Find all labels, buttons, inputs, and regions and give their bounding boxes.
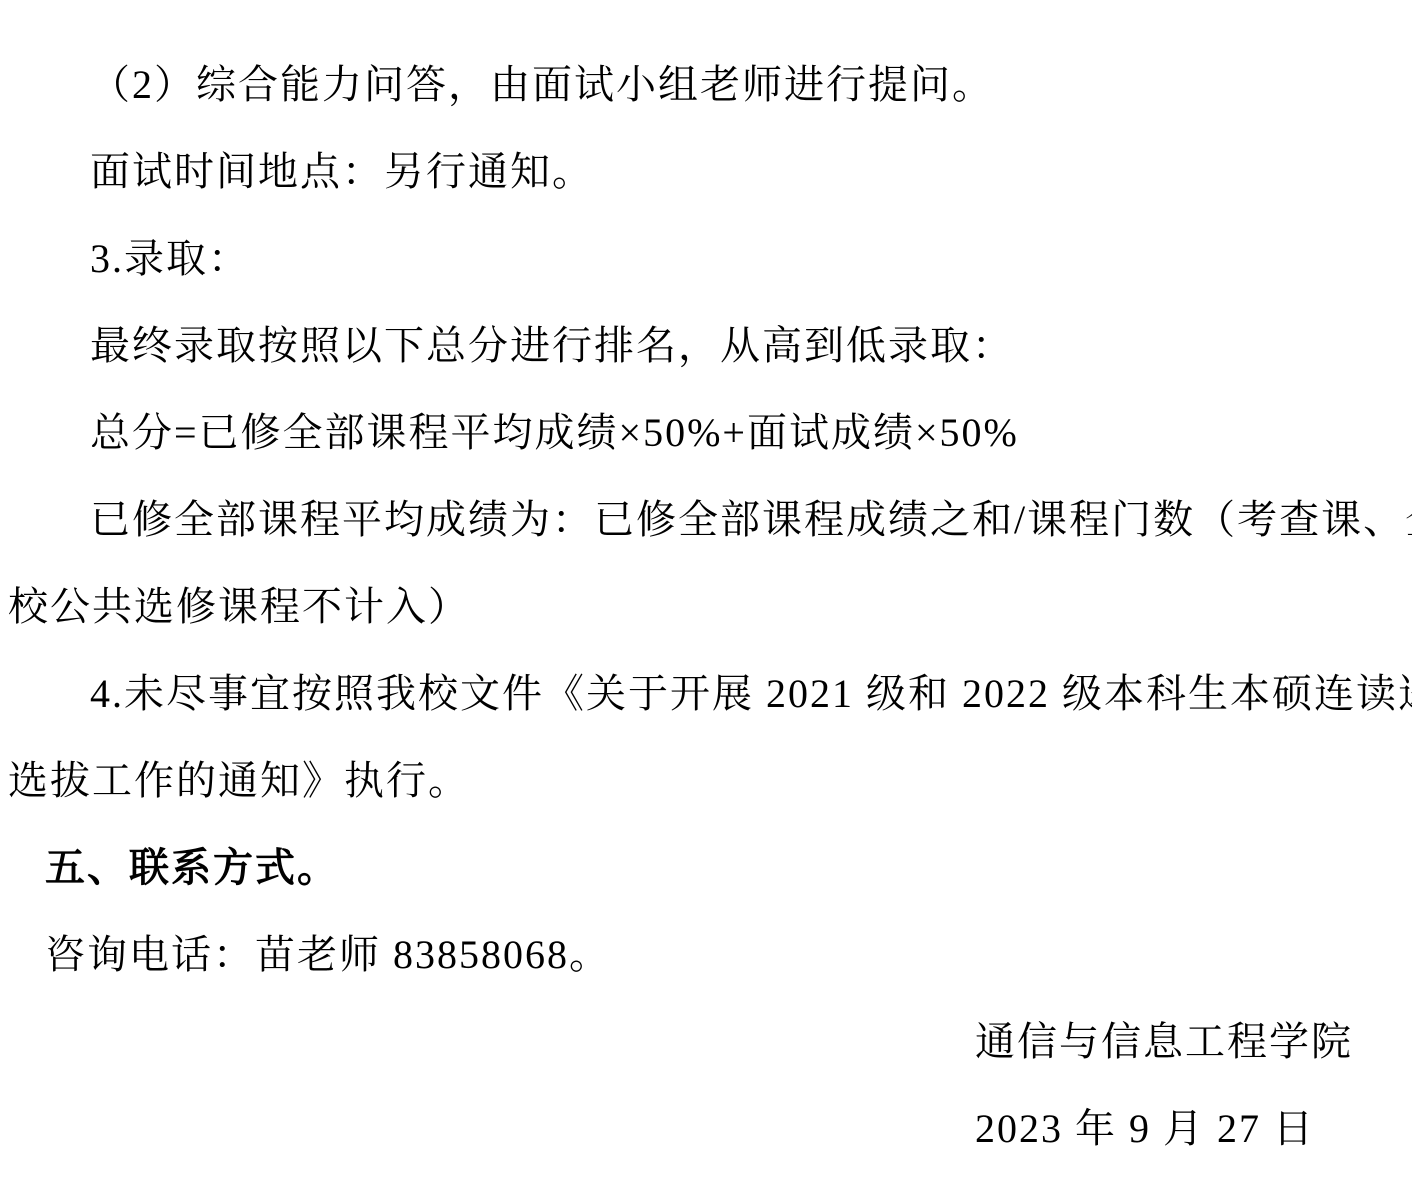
line-misc-clause-1: 4.未尽事宜按照我校文件《关于开展 2021 级和 2022 级本科生本硕连读递… [90,650,1412,737]
line-interview-time-place: 面试时间地点：另行通知。 [90,128,1412,215]
line-misc-clause-2: 选拔工作的通知》执行。 [8,737,1412,824]
line-admission-heading: 3.录取： [90,215,1412,302]
line-average-score-def-1: 已修全部课程平均成绩为：已修全部课程成绩之和/课程门数（考查课、全 [90,476,1412,563]
line-interview-qa: （2）综合能力问答，由面试小组老师进行提问。 [90,41,1412,128]
line-score-formula: 总分=已修全部课程平均成绩×50%+面试成绩×50% [90,389,1412,476]
signature-department: 通信与信息工程学院 [975,998,1412,1085]
line-ranking-rule: 最终录取按照以下总分进行排名，从高到低录取： [90,302,1412,389]
section-heading-contact: 五、联系方式。 [45,824,1412,911]
line-average-score-def-2: 校公共选修课程不计入） [8,563,1412,650]
line-contact-phone: 咨询电话：苗老师 83858068。 [45,911,1412,998]
document-page: （2）综合能力问答，由面试小组老师进行提问。 面试时间地点：另行通知。 3.录取… [0,0,1412,1172]
signature-date: 2023 年 9 月 27 日 [975,1085,1412,1172]
